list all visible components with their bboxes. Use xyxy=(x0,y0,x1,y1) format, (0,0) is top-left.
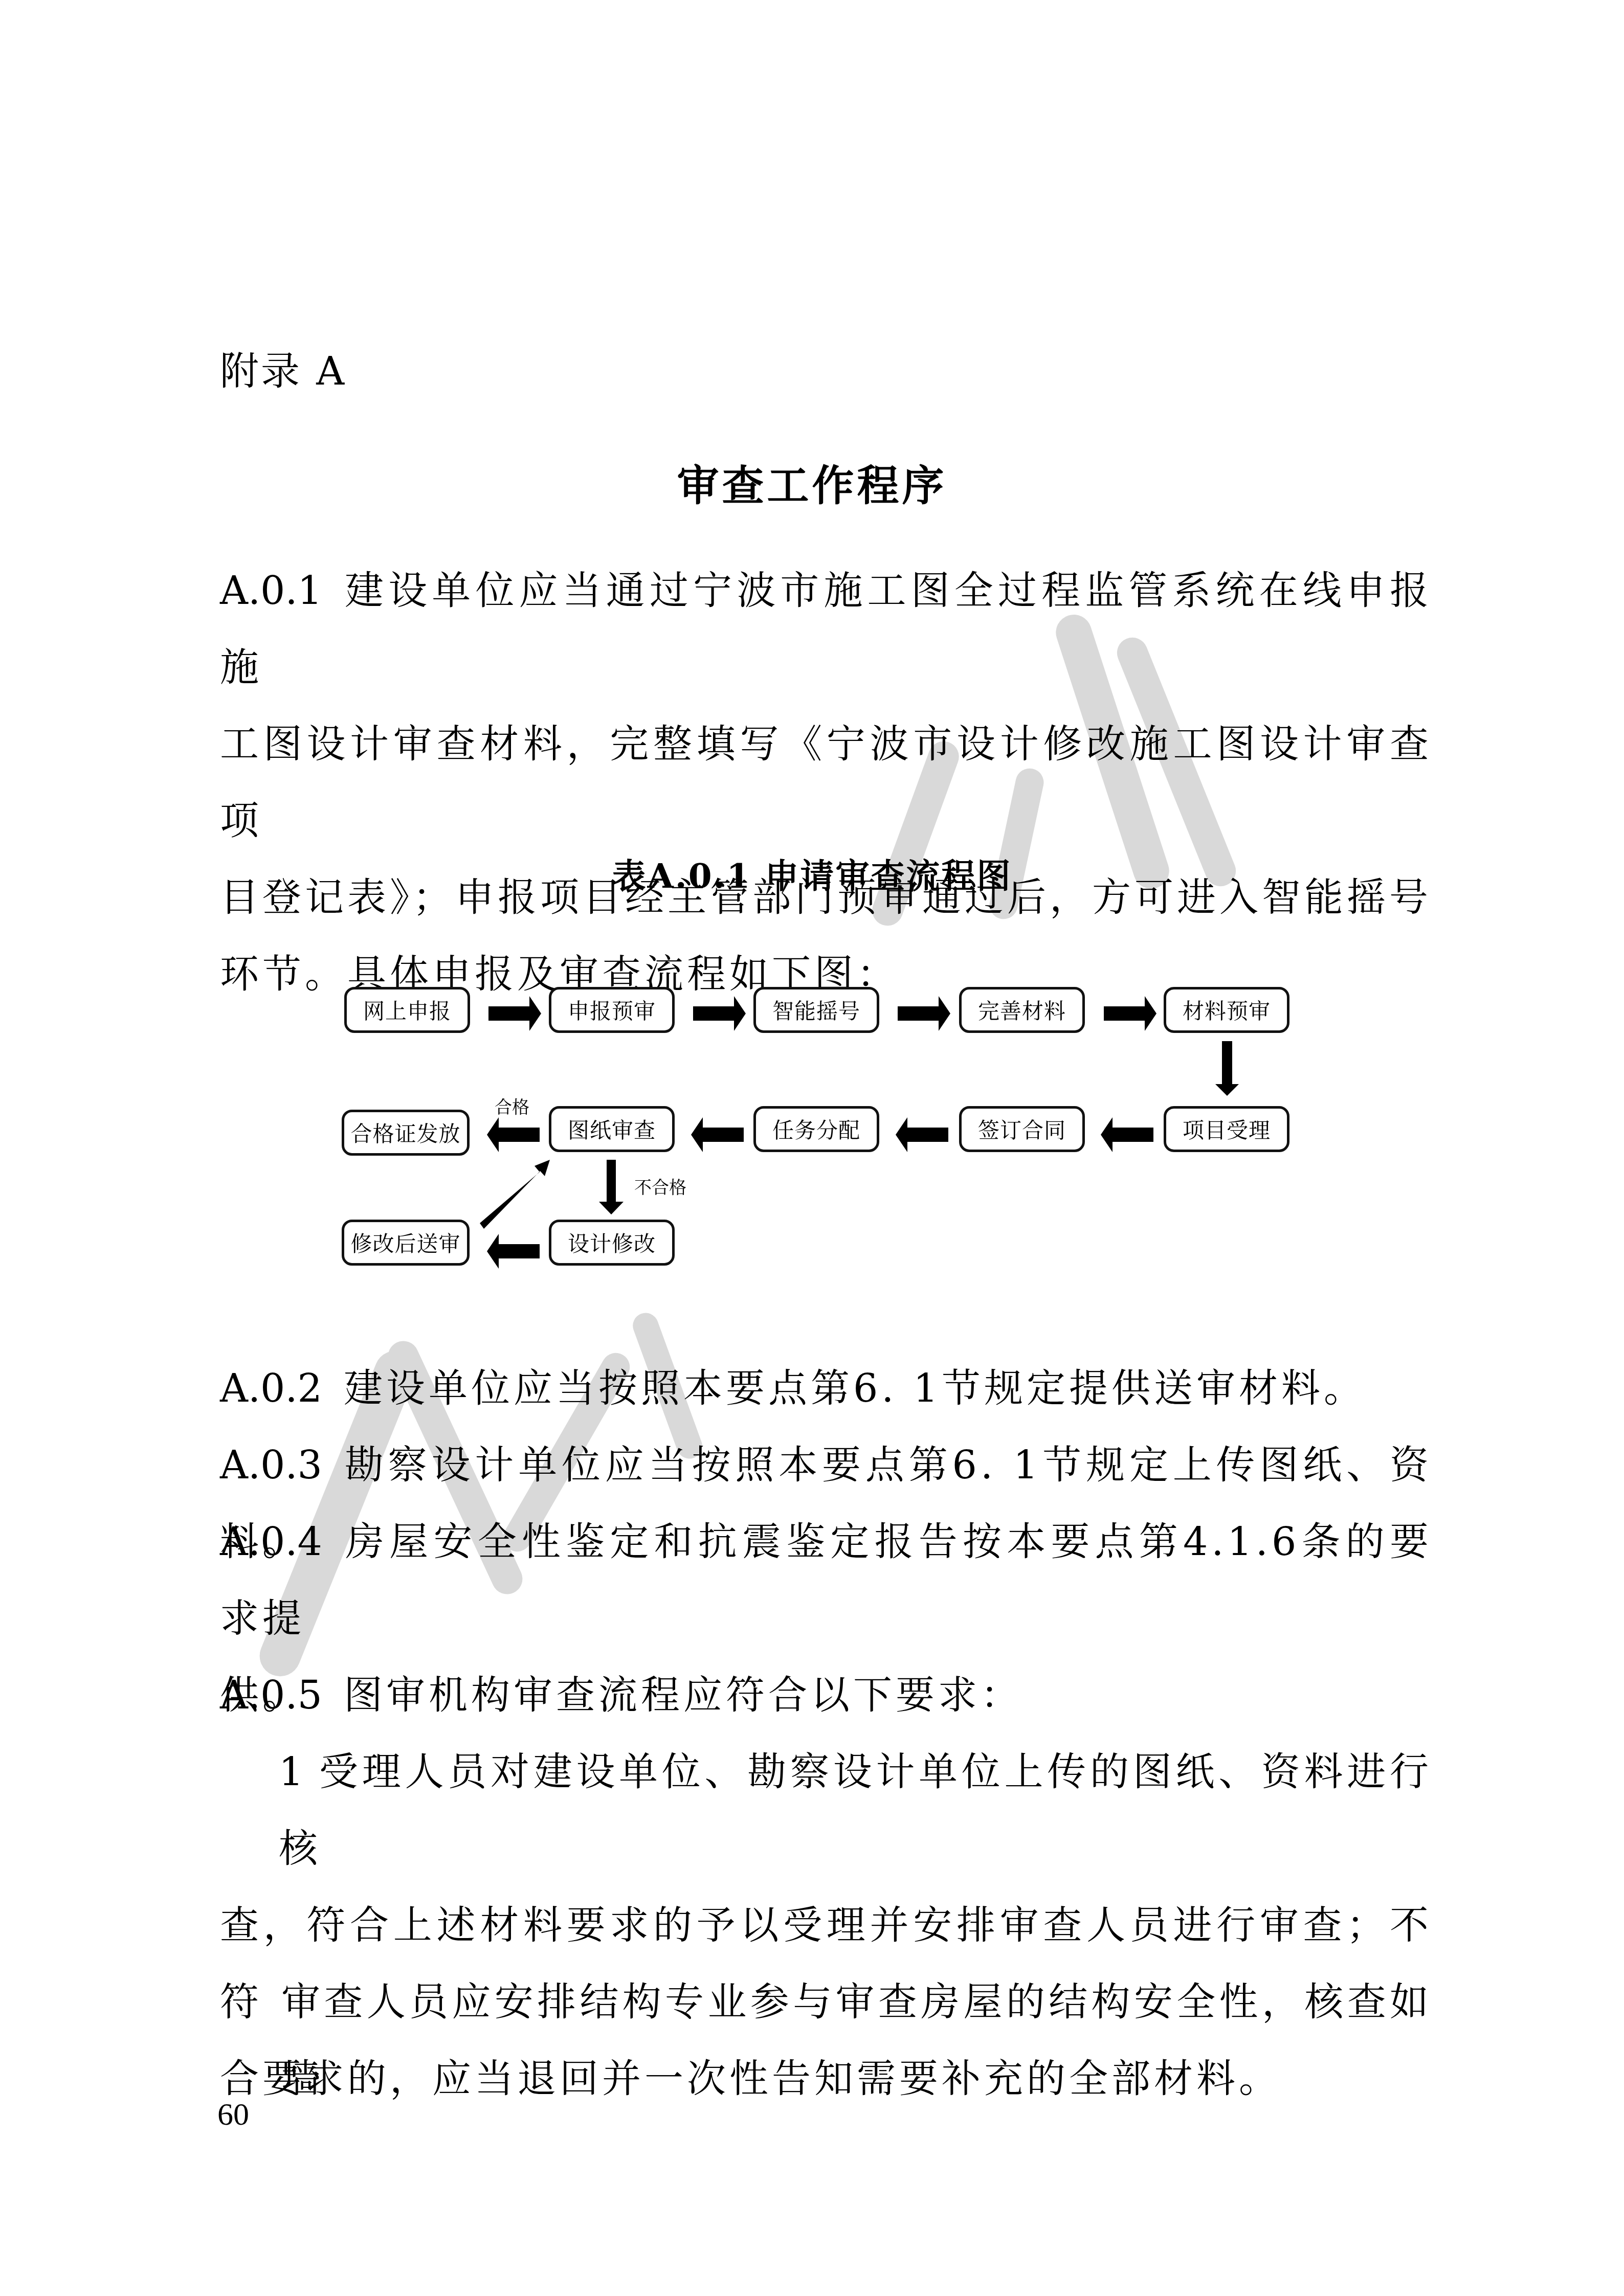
flow-node-drawing-review: 图纸审查 xyxy=(549,1106,675,1152)
flow-node-resubmit-after-revision: 修改后送审 xyxy=(342,1220,470,1266)
flow-node-materials-prereview: 材料预审 xyxy=(1164,987,1289,1033)
arrow-left-icon xyxy=(487,1234,540,1269)
arrow-diagonal-icon xyxy=(480,1160,550,1229)
arrow-left-icon xyxy=(487,1117,540,1152)
arrow-left-icon xyxy=(896,1117,948,1152)
paragraph-a-0-5: A.0.5图审机构审查流程应符合以下要求： xyxy=(220,1657,1432,1734)
edge-label-pass: 合格 xyxy=(495,1093,529,1118)
paragraph-line: 房屋安全性鉴定和抗震鉴定报告按本要点第4.1.6条的要求提 xyxy=(220,1519,1432,1641)
flow-node-design-revision: 设计修改 xyxy=(549,1220,675,1266)
arrow-right-icon xyxy=(1104,996,1156,1031)
paragraph-review-staff: 审查人员应安排结构专业参与审查房屋的结构安全性，核查如墙 xyxy=(220,1964,1432,2117)
flow-node-application-prereview: 申报预审 xyxy=(549,987,675,1033)
arrow-right-icon xyxy=(488,996,541,1031)
item-number: 1 xyxy=(279,1749,303,1794)
flow-node-online-application: 网上申报 xyxy=(344,987,470,1033)
flow-node-task-assignment: 任务分配 xyxy=(753,1106,879,1152)
arrow-right-icon xyxy=(898,996,950,1031)
flow-node-certificate-issuance: 合格证发放 xyxy=(342,1110,470,1156)
page-number: 60 xyxy=(217,2097,249,2133)
clause-number: A.0.5 xyxy=(220,1672,322,1718)
clause-number: A.0.2 xyxy=(220,1365,322,1411)
paragraph-line: 图审机构审查流程应符合以下要求： xyxy=(344,1672,1023,1718)
flow-node-complete-materials: 完善材料 xyxy=(959,987,1085,1033)
arrow-left-icon xyxy=(1101,1117,1153,1152)
flow-node-sign-contract: 签订合同 xyxy=(959,1106,1085,1152)
flow-node-smart-lottery: 智能摇号 xyxy=(753,987,879,1033)
arrow-down-icon xyxy=(599,1160,624,1214)
clause-number: A.0.4 xyxy=(220,1519,322,1564)
paragraph-a-0-2: A.0.2建设单位应当按照本要点第6. 1节规定提供送审材料。 xyxy=(220,1350,1432,1427)
clause-number: A.0.3 xyxy=(220,1442,322,1488)
paragraph-line: 审查人员应安排结构专业参与审查房屋的结构安全性，核查如墙 xyxy=(220,1964,1432,2117)
paragraph-line: 建设单位应当按照本要点第6. 1节规定提供送审材料。 xyxy=(344,1365,1366,1411)
arrow-right-icon xyxy=(693,996,746,1031)
edge-label-fail: 不合格 xyxy=(634,1174,686,1199)
paragraph-line: 受理人员对建设单位、勘察设计单位上传的图纸、资料进行核 xyxy=(279,1749,1432,1871)
flow-node-project-acceptance: 项目受理 xyxy=(1164,1106,1289,1152)
arrow-left-icon xyxy=(691,1117,744,1152)
arrow-down-icon xyxy=(1215,1041,1239,1096)
